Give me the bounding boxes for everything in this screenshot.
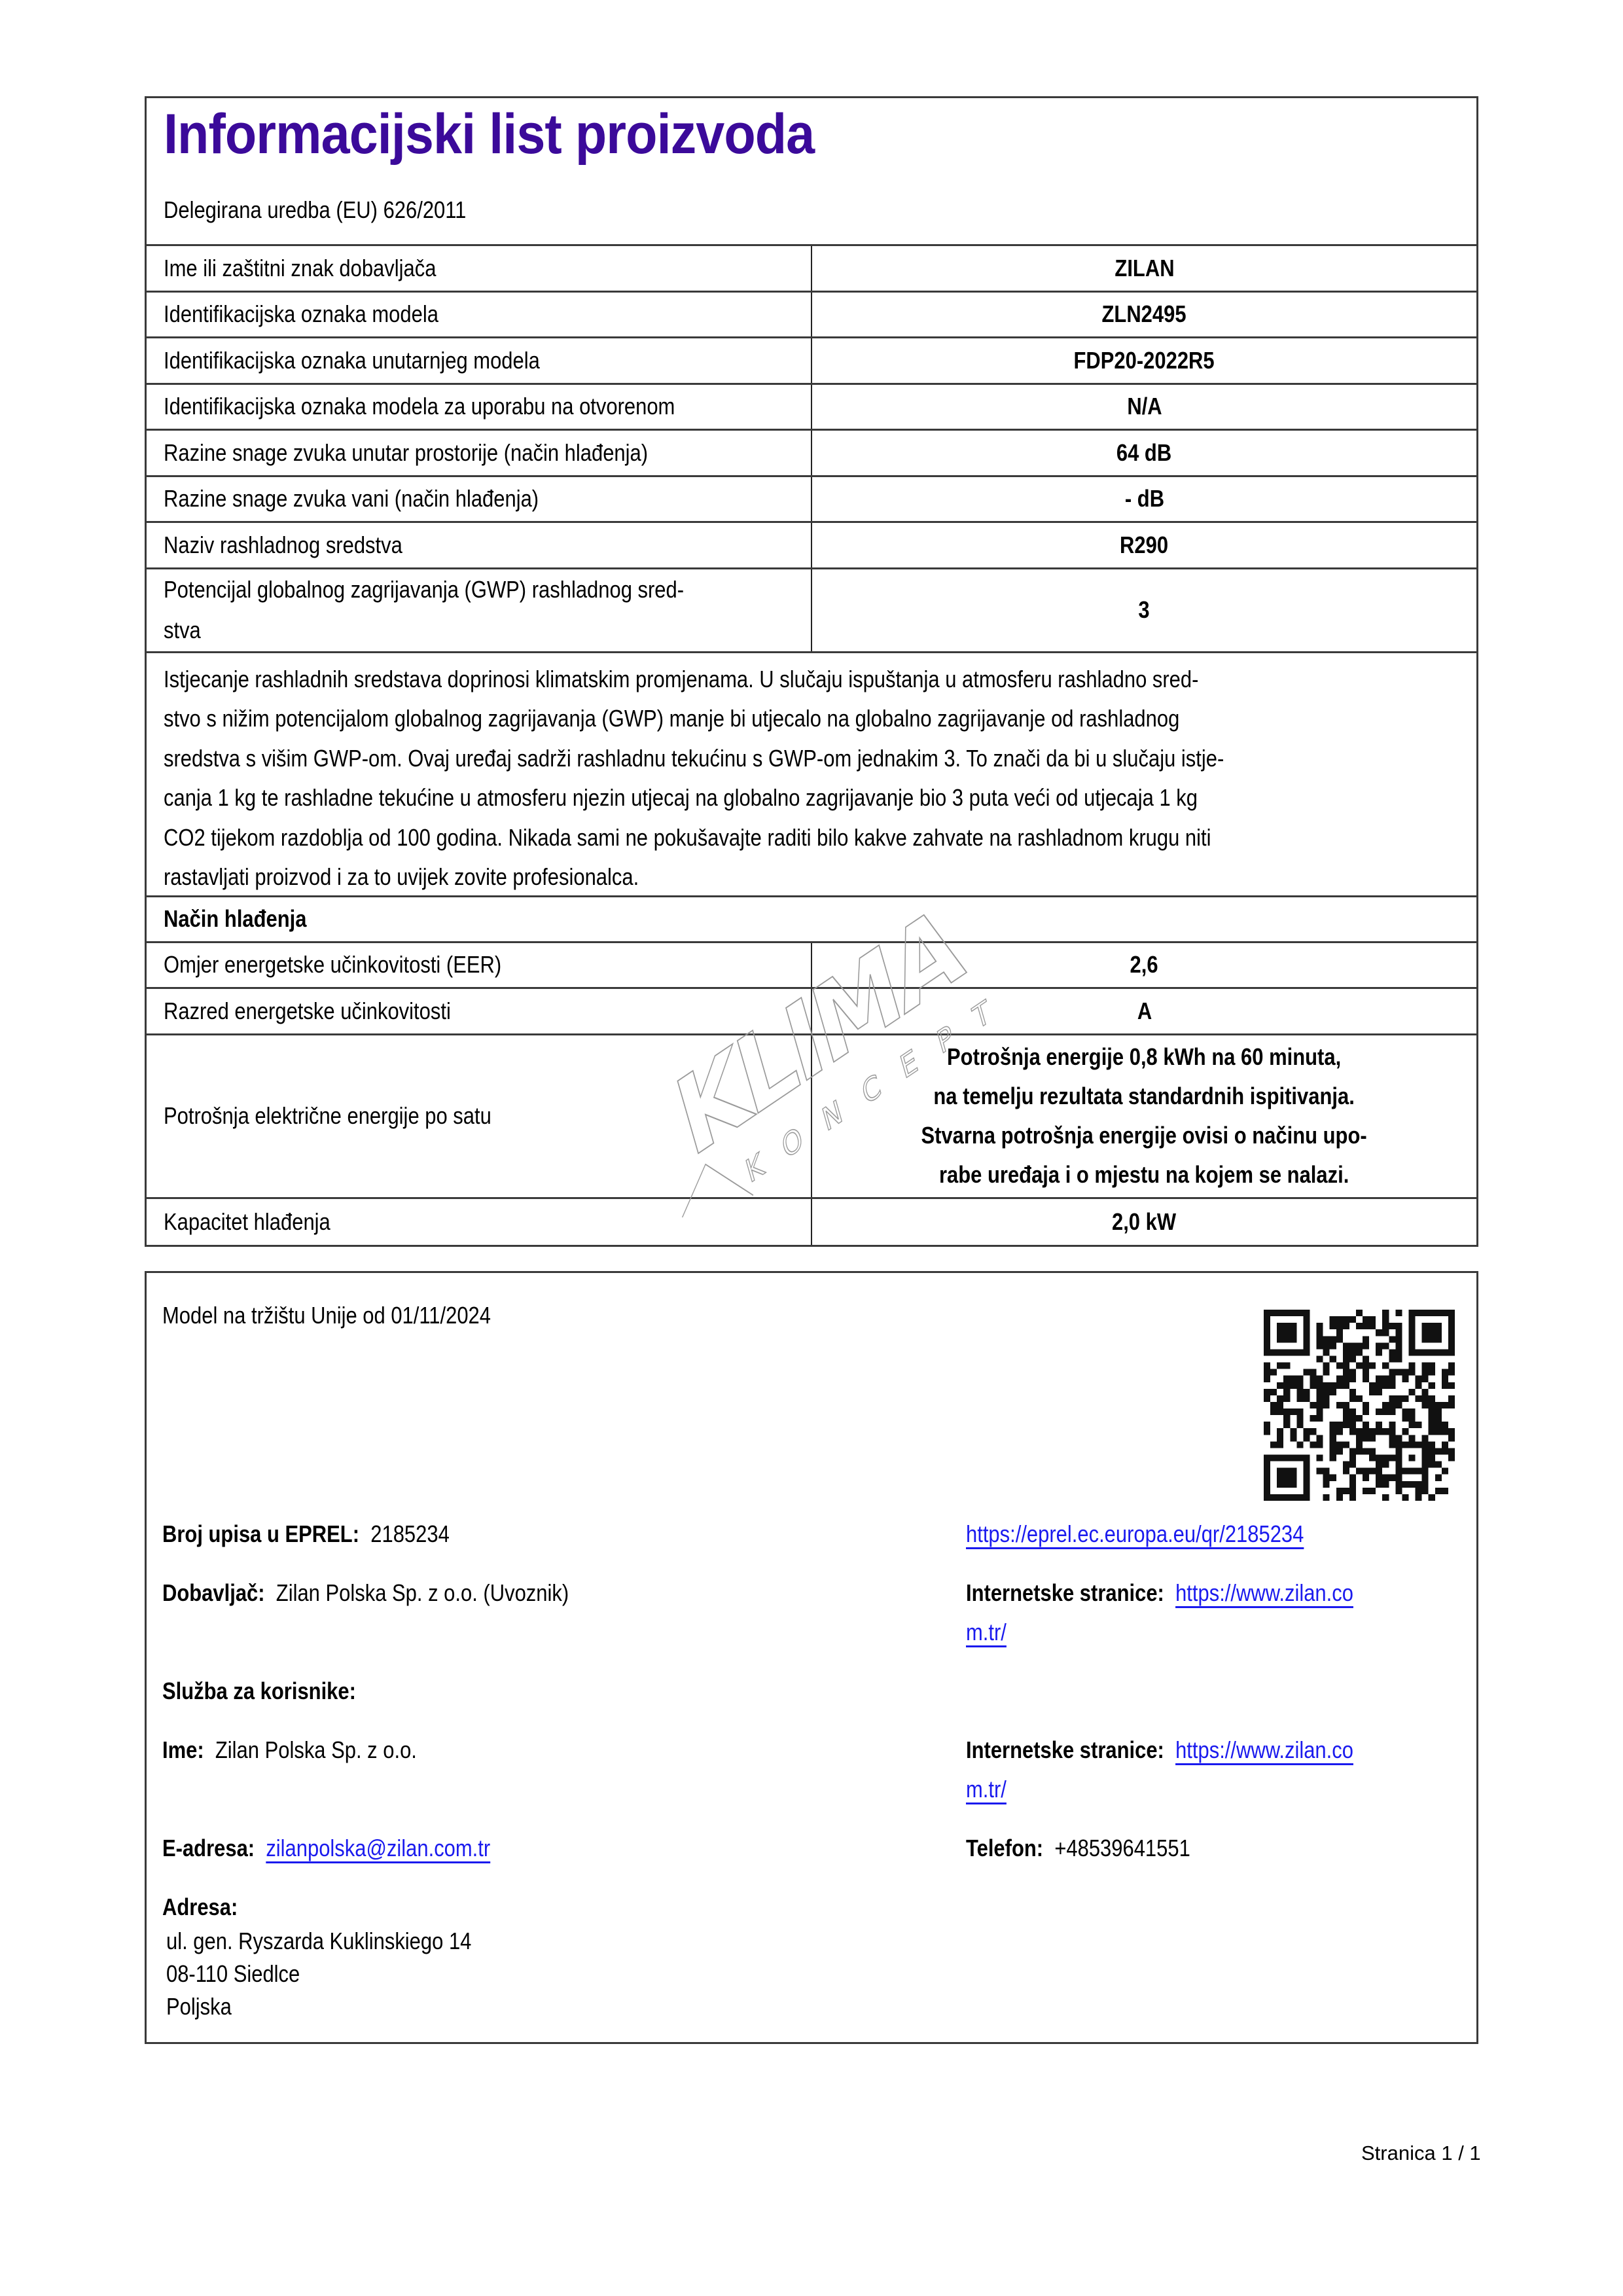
row-label: Naziv rashladnog sredstva bbox=[164, 525, 402, 565]
address-line: Poljska bbox=[166, 1993, 232, 2020]
row-label: Razred energetske učinkovitosti bbox=[164, 991, 451, 1031]
row-label: Razine snage zvuka unutar prostorije (na… bbox=[164, 433, 648, 473]
refrigerant-notice: Istjecanje rashladnih sredstava doprinos… bbox=[147, 653, 1476, 897]
supplier-website: Internetske stranice: https://www.zilan.… bbox=[966, 1579, 1353, 1607]
supplier-website-link-continued[interactable]: m.tr/ bbox=[966, 1619, 1007, 1646]
page-number: Stranica 1 / 1 bbox=[1361, 2142, 1481, 2165]
eprel-label: Broj upisa u EPREL: bbox=[162, 1520, 359, 1547]
notice-line: rastavljati proizvod i za to uvijek zovi… bbox=[164, 857, 1278, 897]
supplier-label: Dobavljač: bbox=[162, 1579, 265, 1606]
row-value: ZLN2495 bbox=[1102, 295, 1186, 334]
address-line: 08-110 Siedlce bbox=[166, 1960, 300, 1988]
row-value: 64 dB bbox=[1116, 433, 1171, 473]
notice-line: canja 1 kg te rashladne tekućine u atmos… bbox=[164, 778, 1278, 818]
row-value: 3 bbox=[1139, 590, 1150, 630]
page-title: Informacijski list proizvoda bbox=[164, 102, 814, 167]
row-value: FDP20-2022R5 bbox=[1074, 341, 1215, 380]
row-label: Kapacitet hlađenja bbox=[164, 1202, 330, 1242]
market-date: Model na tržištu Unije od 01/11/2024 bbox=[162, 1302, 491, 1329]
title-block: Informacijski list proizvoda Delegirana … bbox=[147, 98, 1476, 246]
row-label: Identifikacijska oznaka modela za uporab… bbox=[164, 386, 675, 427]
row-label: Omjer energetske učinkovitosti (EER) bbox=[164, 944, 501, 985]
row-value: - dB bbox=[1124, 479, 1164, 518]
row-label-line: stva bbox=[164, 610, 201, 651]
website-label: Internetske stranice: bbox=[966, 1736, 1164, 1763]
eprel-number: 2185234 bbox=[370, 1520, 450, 1547]
table-row-outdoor-sound: Razine snage zvuka vani (način hlađenja)… bbox=[147, 477, 1476, 524]
row-value: A bbox=[1137, 992, 1151, 1031]
phone-value: +48539641551 bbox=[1054, 1835, 1190, 1861]
table-row-hourly-consumption: Potrošnja električne energije po satu Po… bbox=[147, 1035, 1476, 1199]
table-row-supplier: Ime ili zaštitni znak dobavljača ZILAN bbox=[147, 246, 1476, 293]
email-label: E-adresa: bbox=[162, 1835, 255, 1861]
supplier-website-link[interactable]: https://www.zilan.co bbox=[1175, 1579, 1353, 1606]
row-value: ZILAN bbox=[1115, 249, 1174, 288]
row-label: Razine snage zvuka vani (način hlađenja) bbox=[164, 478, 539, 519]
row-label: Identifikacijska oznaka modela bbox=[164, 294, 438, 334]
row-value-line: rabe uređaja i o mjestu na kojem se nala… bbox=[939, 1155, 1349, 1194]
customer-website-link[interactable]: https://www.zilan.co bbox=[1175, 1736, 1353, 1763]
notice-line: sredstva s višim GWP-om. Ovaj uređaj sad… bbox=[164, 739, 1278, 779]
row-label: Ime ili zaštitni znak dobavljača bbox=[164, 248, 436, 289]
customer-service-website: Internetske stranice: https://www.zilan.… bbox=[966, 1736, 1353, 1764]
website-label: Internetske stranice: bbox=[966, 1579, 1164, 1606]
table-row-model-id: Identifikacijska oznaka modela ZLN2495 bbox=[147, 293, 1476, 339]
row-value: 2,6 bbox=[1130, 945, 1158, 984]
address-line: ul. gen. Ryszarda Kuklinskiego 14 bbox=[166, 1928, 471, 1955]
customer-website-link-continued[interactable]: m.tr/ bbox=[966, 1776, 1007, 1803]
address-heading: Adresa: bbox=[162, 1893, 238, 1921]
table-row-energy-class: Razred energetske učinkovitosti A bbox=[147, 989, 1476, 1035]
table-row-indoor-sound: Razine snage zvuka unutar prostorije (na… bbox=[147, 431, 1476, 477]
regulation-reference: Delegirana uredba (EU) 626/2011 bbox=[164, 196, 466, 224]
customer-service-name: Ime: Zilan Polska Sp. z o.o. bbox=[162, 1736, 417, 1764]
notice-line: CO2 tijekom razdoblja od 100 godina. Nik… bbox=[164, 818, 1278, 858]
row-value: R290 bbox=[1120, 526, 1168, 565]
row-value-line: Stvarna potrošnja energije ovisi o način… bbox=[921, 1116, 1367, 1155]
supplier-name: Zilan Polska Sp. z o.o. (Uvoznik) bbox=[276, 1579, 569, 1606]
table-row-gwp: Potencijal globalnog zagrijavanja (GWP) … bbox=[147, 569, 1476, 653]
row-value: 2,0 kW bbox=[1112, 1202, 1176, 1242]
notice-line: stvo s nižim potencijalom globalnog zagr… bbox=[164, 699, 1278, 739]
customer-service-email: E-adresa: zilanpolska@zilan.com.tr bbox=[162, 1835, 490, 1862]
product-information-table: Informacijski list proizvoda Delegirana … bbox=[145, 96, 1478, 1247]
row-value-line: Potrošnja energije 0,8 kWh na 60 minuta, bbox=[947, 1037, 1341, 1077]
table-row-refrigerant: Naziv rashladnog sredstva R290 bbox=[147, 523, 1476, 569]
customer-service-phone: Telefon: +48539641551 bbox=[966, 1835, 1190, 1862]
eprel-qr-code[interactable] bbox=[1264, 1310, 1455, 1501]
cooling-mode-heading: Način hlađenja bbox=[147, 897, 1476, 943]
table-row-outdoor-model: Identifikacijska oznaka modela za uporab… bbox=[147, 385, 1476, 431]
notice-line: Istjecanje rashladnih sredstava doprinos… bbox=[164, 660, 1278, 700]
name-value: Zilan Polska Sp. z o.o. bbox=[215, 1736, 417, 1763]
customer-service-heading: Služba za korisnike: bbox=[162, 1677, 356, 1705]
row-label: Potrošnja električne energije po satu bbox=[164, 1096, 491, 1136]
table-row-indoor-model: Identifikacijska oznaka unutarnjeg model… bbox=[147, 338, 1476, 385]
row-label-line: Potencijal globalnog zagrijavanja (GWP) … bbox=[164, 569, 684, 610]
table-row-eer: Omjer energetske učinkovitosti (EER) 2,6 bbox=[147, 943, 1476, 990]
row-label: Identifikacijska oznaka unutarnjeg model… bbox=[164, 340, 540, 381]
row-value: N/A bbox=[1127, 387, 1162, 426]
phone-label: Telefon: bbox=[966, 1835, 1043, 1861]
eprel-registration: Broj upisa u EPREL: 2185234 bbox=[162, 1520, 450, 1548]
row-value-line: na temelju rezultata standardnih ispitiv… bbox=[934, 1077, 1355, 1116]
supplier-info-box: Model na tržištu Unije od 01/11/2024 Bro… bbox=[145, 1271, 1478, 2044]
name-label: Ime: bbox=[162, 1736, 204, 1763]
email-link[interactable]: zilanpolska@zilan.com.tr bbox=[266, 1835, 490, 1861]
eprel-link[interactable]: https://eprel.ec.europa.eu/qr/2185234 bbox=[966, 1520, 1304, 1548]
table-row-cooling-capacity: Kapacitet hlađenja 2,0 kW bbox=[147, 1199, 1476, 1246]
supplier: Dobavljač: Zilan Polska Sp. z o.o. (Uvoz… bbox=[162, 1579, 569, 1607]
